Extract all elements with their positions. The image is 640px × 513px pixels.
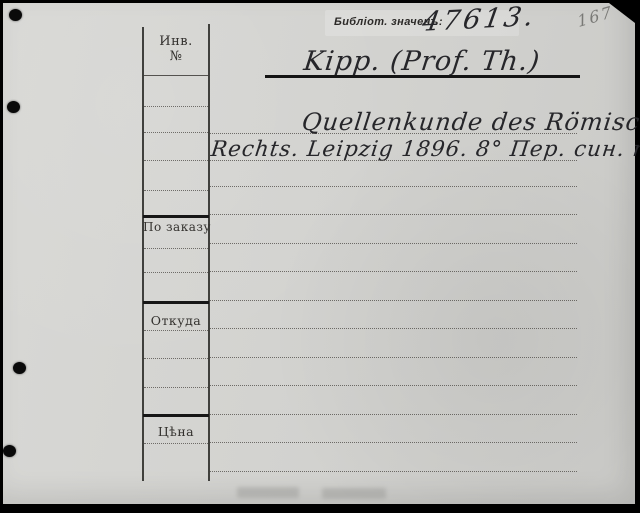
form-column-right-rule	[208, 24, 210, 481]
faded-stamp-mark	[322, 488, 386, 499]
ruled-line	[210, 414, 577, 415]
ruled-line	[210, 214, 577, 215]
punch-hole	[13, 362, 26, 374]
ruled-line	[144, 132, 208, 133]
ruled-line	[144, 190, 208, 191]
ruled-line	[143, 215, 209, 218]
ruled-line	[144, 443, 208, 444]
card-paper: 167 Библіот. значенъ: 47613. Kipp. (Prof…	[3, 3, 635, 504]
form-label-inventory-line1: Инв.	[159, 34, 192, 49]
ruled-line	[144, 358, 208, 359]
ruled-line	[210, 243, 577, 244]
ruled-line	[210, 300, 577, 301]
ruled-line	[144, 387, 208, 388]
page-number-annotation: 167	[576, 2, 614, 31]
punch-hole	[7, 101, 20, 113]
punch-hole	[9, 9, 22, 21]
ruled-line	[143, 301, 209, 304]
form-label-inventory: Инв. №	[143, 34, 209, 64]
library-stamp-number: 47613.	[420, 1, 539, 38]
ruled-line	[144, 106, 208, 107]
ruled-line	[210, 133, 577, 134]
form-label-inventory-line2: №	[170, 49, 183, 64]
form-label-origin: Откуда	[143, 313, 209, 328]
ruled-line	[210, 471, 577, 472]
ruled-line	[143, 414, 209, 417]
form-label-price: Цѣна	[143, 424, 209, 439]
ruled-line	[143, 75, 209, 76]
ruled-line	[144, 160, 208, 161]
form-column-left-rule	[142, 27, 144, 481]
entry-author: Kipp. (Prof. Th.)	[263, 46, 581, 77]
punch-hole	[3, 445, 16, 457]
ruled-line	[210, 385, 577, 386]
entry-title-line2: Rechts. Leipzig 1896. 8° Пер. син. п-кал…	[209, 137, 640, 162]
ruled-line	[210, 357, 577, 358]
ruled-line	[144, 248, 208, 249]
ruled-line	[210, 442, 577, 443]
ruled-line	[210, 328, 577, 329]
ruled-line	[144, 330, 208, 331]
ruled-line	[210, 160, 577, 161]
entry-title-line1: Quellenkunde des Römischen	[300, 108, 640, 136]
author-underline	[265, 75, 580, 78]
ruled-line	[144, 272, 208, 273]
scanned-catalog-card: 167 Библіот. значенъ: 47613. Kipp. (Prof…	[0, 0, 640, 513]
faded-stamp-mark	[237, 487, 299, 498]
ruled-line	[210, 271, 577, 272]
ruled-line	[210, 186, 577, 187]
form-label-on-order: По заказу	[143, 220, 209, 234]
